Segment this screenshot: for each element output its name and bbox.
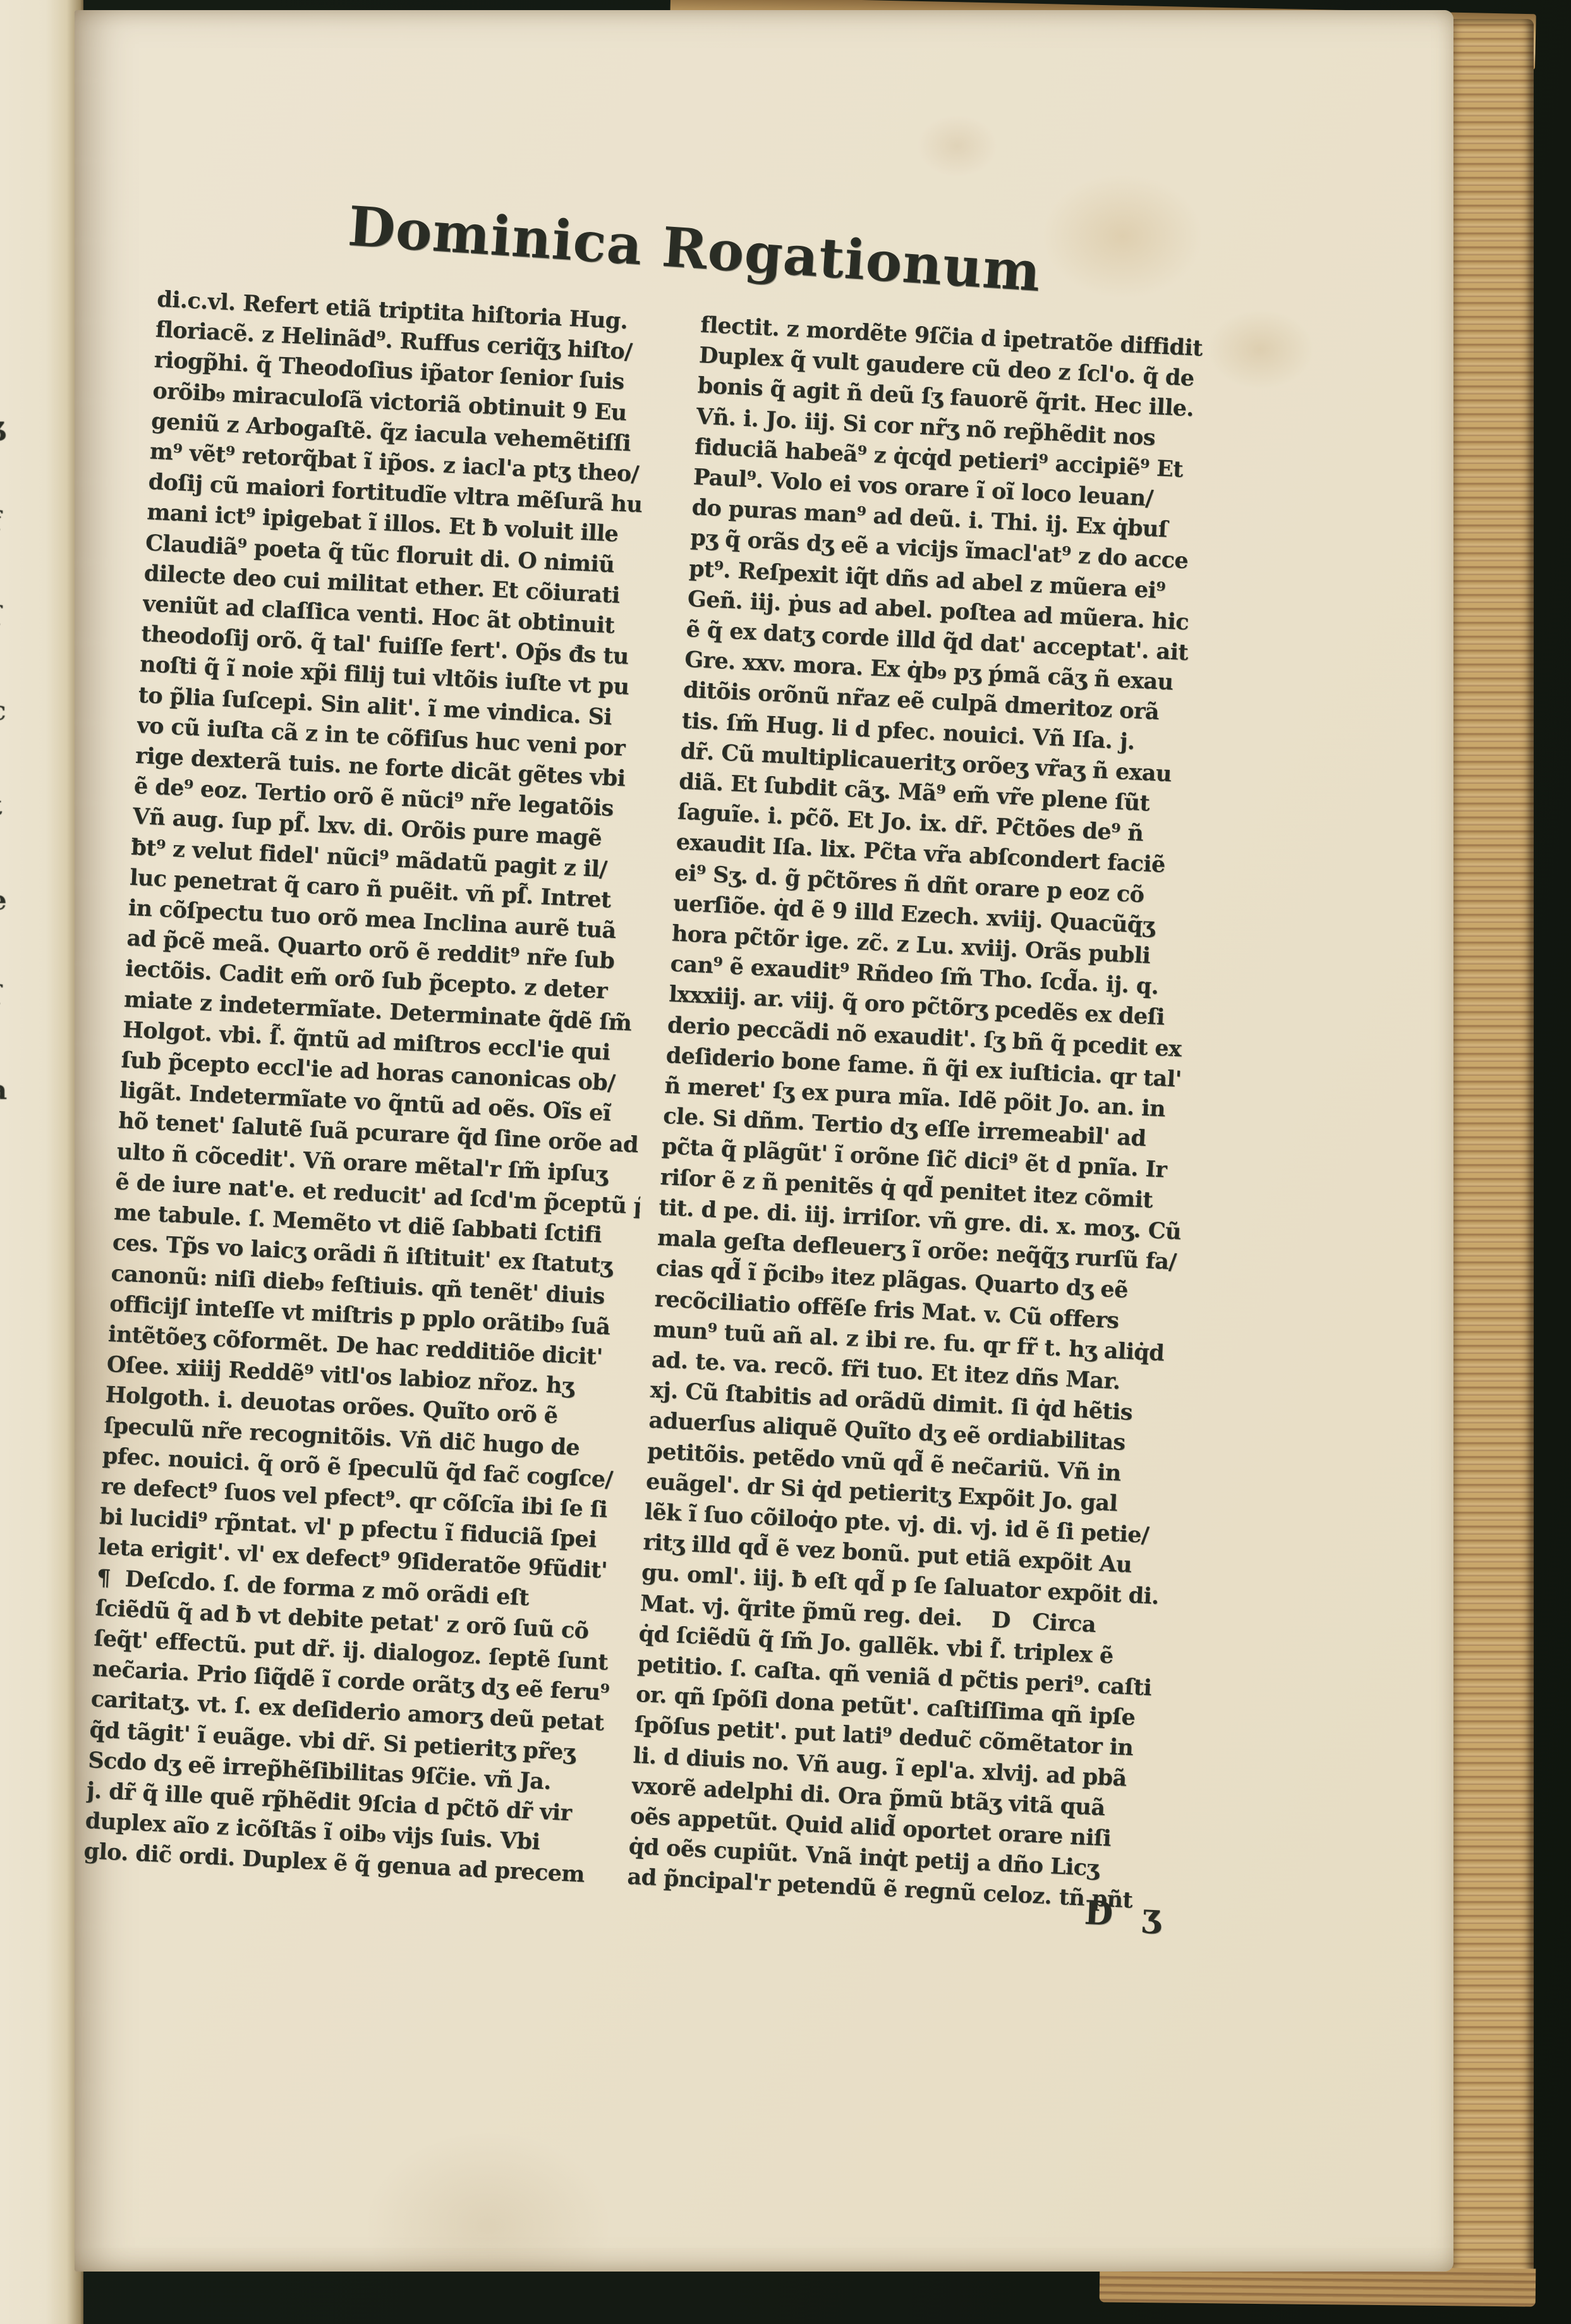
book-fore-edge-pages — [1450, 19, 1534, 2301]
facing-page-sliver: ʒ f ſ c t e ſ a — [0, 0, 83, 2324]
facing-page-text-fragments: ʒ f ſ c t e ſ a — [0, 379, 7, 1138]
text-column-left: di.c.vl. Refert etiã triptita hiſtoria H… — [83, 284, 682, 1890]
text-column-right: flectit. z mordẽte 9ſc̃ia d ipetratõe di… — [627, 310, 1226, 1916]
book-page: Dominica Rogationum di.c.vl. Refert etiã… — [75, 10, 1453, 2272]
scanned-book-photo: ʒ f ſ c t e ſ a Dominica Rogationum di.c… — [0, 0, 1571, 2324]
quire-signature-mark: D ʒ — [1084, 1897, 1170, 1933]
two-column-text: di.c.vl. Refert etiã triptita hiſtoria H… — [83, 284, 1225, 1916]
letterpress-text-block: Dominica Rogationum di.c.vl. Refert etiã… — [83, 197, 1230, 1916]
